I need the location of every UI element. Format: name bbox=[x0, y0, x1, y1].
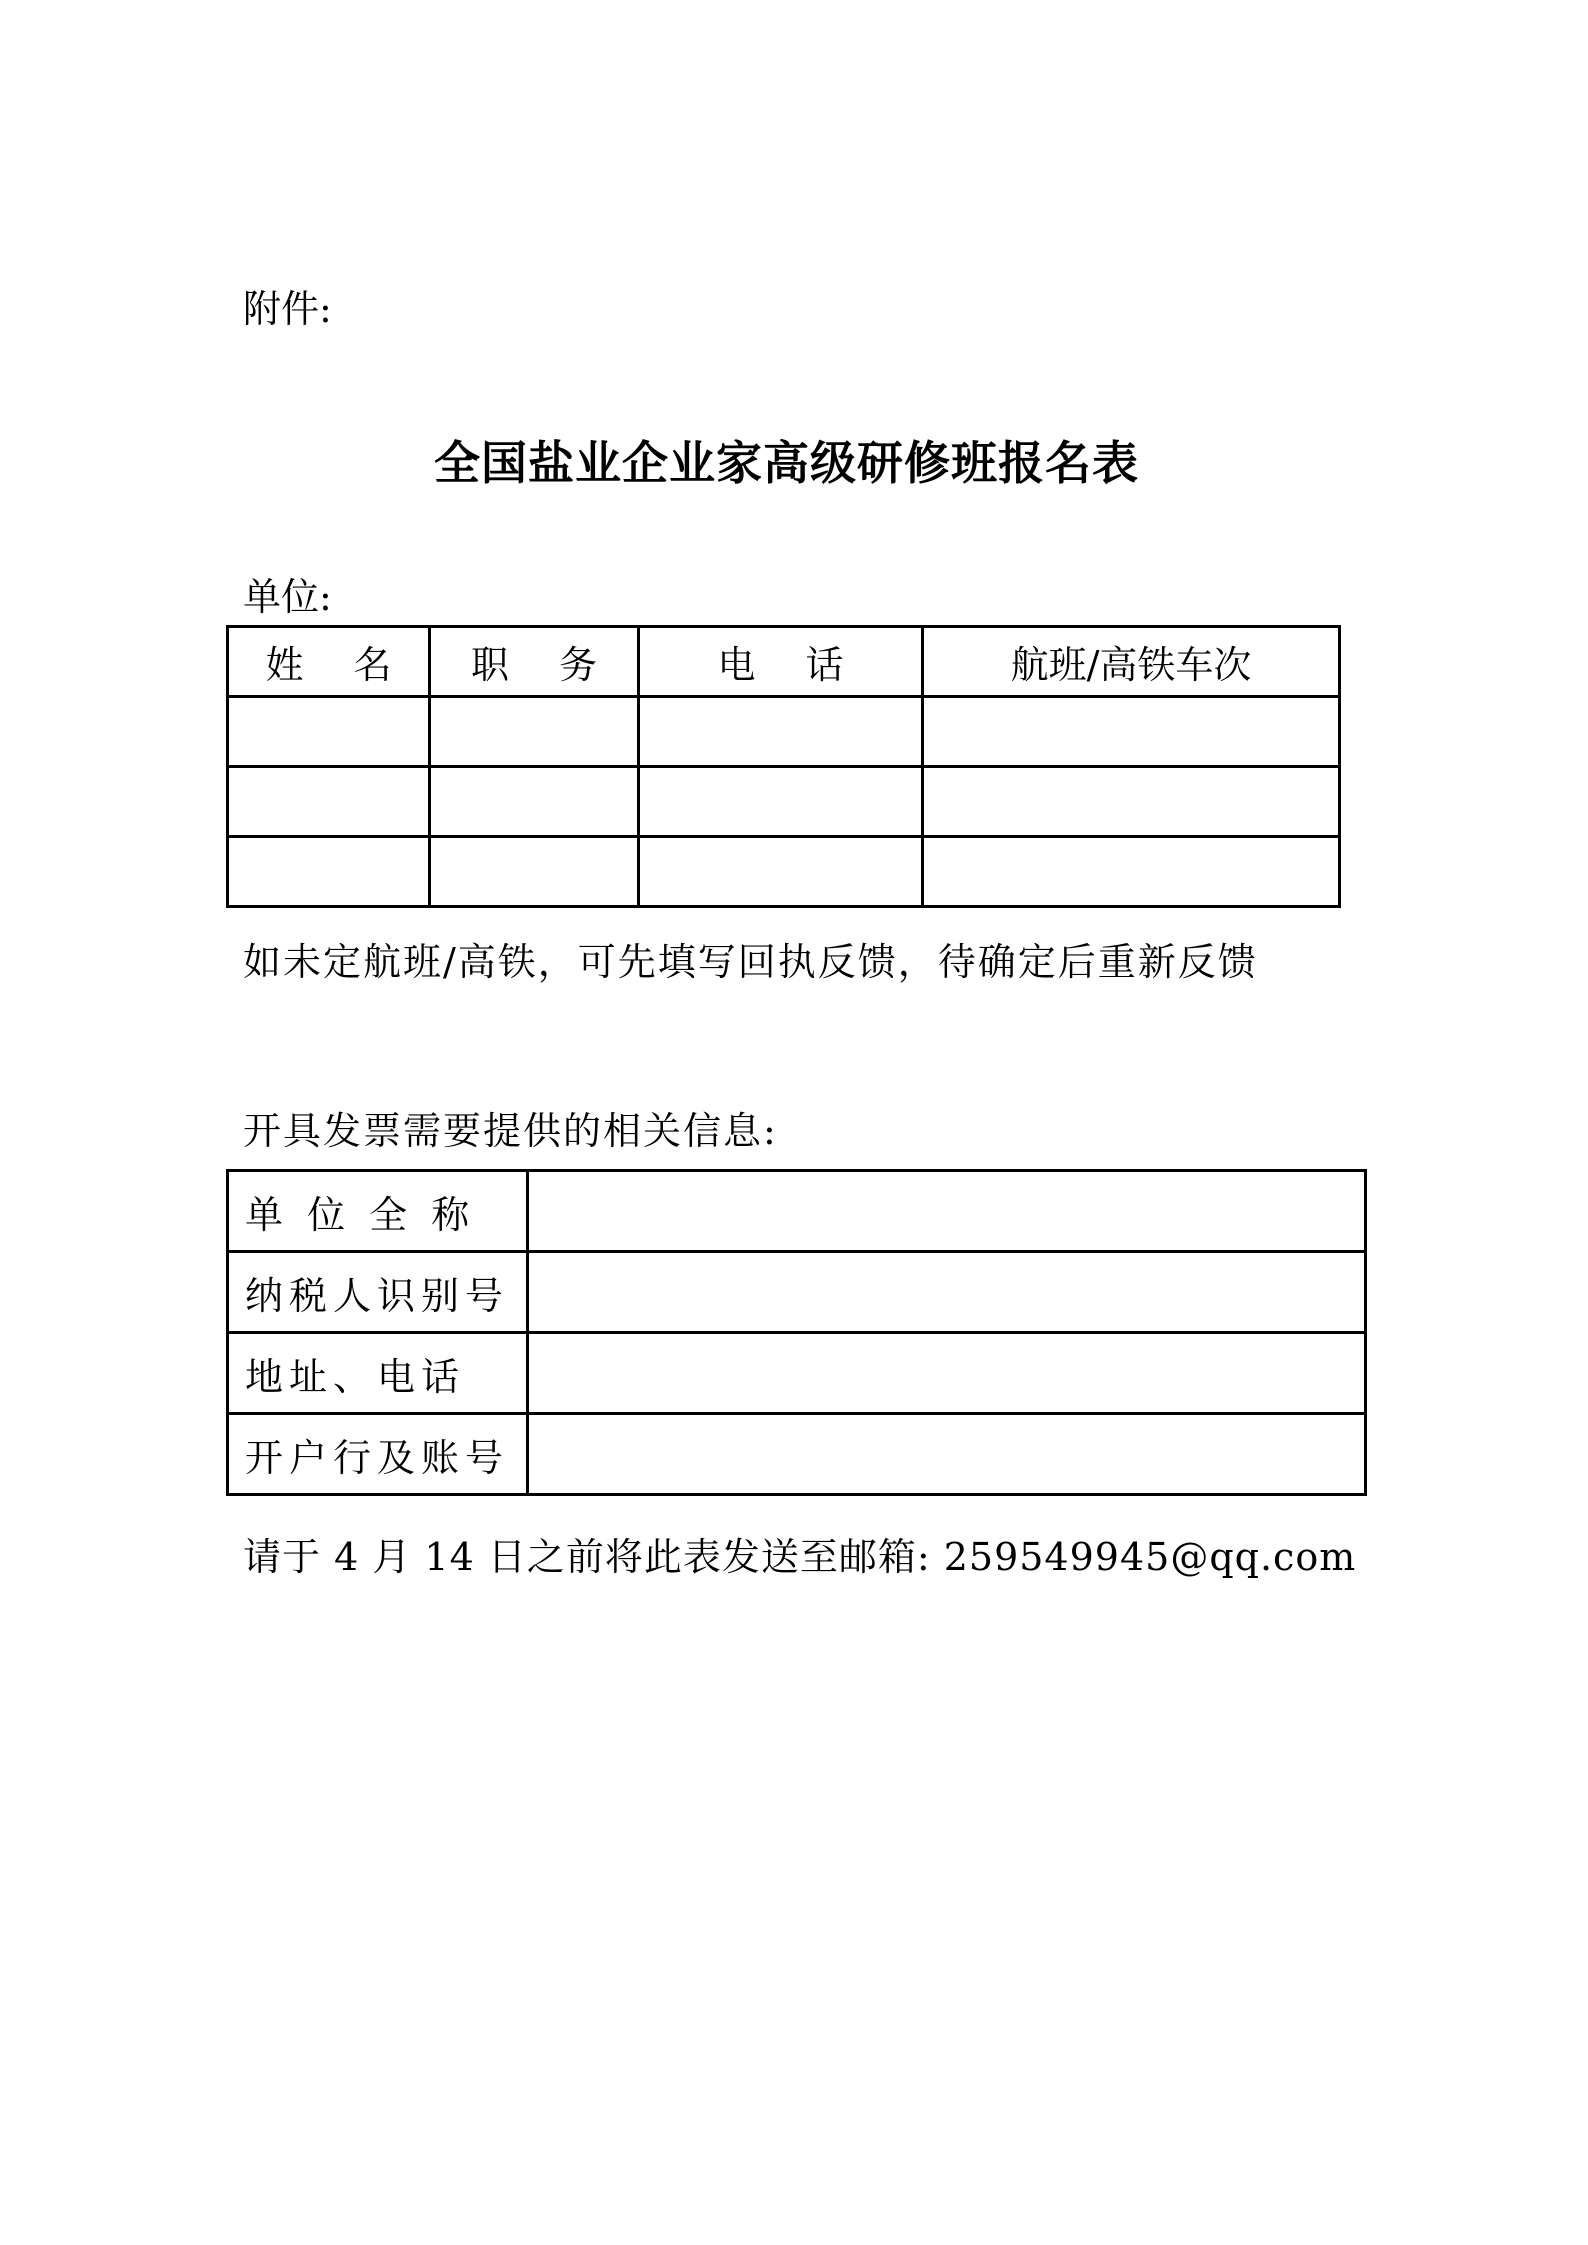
phone-cell[interactable] bbox=[639, 697, 923, 767]
attachment-label: 附件: bbox=[243, 290, 332, 328]
table-row bbox=[228, 697, 1340, 767]
invoice-section-title: 开具发票需要提供的相关信息: bbox=[243, 1112, 778, 1150]
header-flight-train: 航班/高铁车次 bbox=[923, 627, 1340, 697]
taxpayer-id-field[interactable] bbox=[528, 1252, 1366, 1333]
table-row: 纳税人识别号 bbox=[228, 1252, 1366, 1333]
registration-table: 姓名 职务 电话 航班/高铁车次 bbox=[226, 625, 1341, 908]
phone-cell[interactable] bbox=[639, 767, 923, 837]
invoice-table: 单 位 全 称 纳税人识别号 地址、电话 开户行及账号 bbox=[226, 1169, 1367, 1496]
table-row bbox=[228, 767, 1340, 837]
flight-train-cell[interactable] bbox=[923, 837, 1340, 907]
header-position: 职务 bbox=[430, 627, 639, 697]
table-row: 地址、电话 bbox=[228, 1333, 1366, 1414]
header-name: 姓名 bbox=[228, 627, 430, 697]
table-header-row: 姓名 职务 电话 航班/高铁车次 bbox=[228, 627, 1340, 697]
flight-note: 如未定航班/高铁，可先填写回执反馈，待确定后重新反馈 bbox=[243, 943, 1258, 981]
phone-cell[interactable] bbox=[639, 837, 923, 907]
position-cell[interactable] bbox=[430, 697, 639, 767]
table-row: 单 位 全 称 bbox=[228, 1171, 1366, 1252]
bank-account-label: 开户行及账号 bbox=[228, 1414, 528, 1495]
position-cell[interactable] bbox=[430, 767, 639, 837]
deadline-note: 请于 4 月 14 日之前将此表发送至邮箱: 259549945@qq.com bbox=[243, 1538, 1356, 1576]
flight-train-cell[interactable] bbox=[923, 767, 1340, 837]
taxpayer-id-label: 纳税人识别号 bbox=[228, 1252, 528, 1333]
header-phone: 电话 bbox=[639, 627, 923, 697]
table-row: 开户行及账号 bbox=[228, 1414, 1366, 1495]
name-cell[interactable] bbox=[228, 837, 430, 907]
company-full-name-field[interactable] bbox=[528, 1171, 1366, 1252]
unit-label: 单位: bbox=[243, 578, 332, 616]
name-cell[interactable] bbox=[228, 767, 430, 837]
page-title: 全国盐业企业家高级研修班报名表 bbox=[434, 427, 1139, 493]
table-row bbox=[228, 837, 1340, 907]
address-phone-field[interactable] bbox=[528, 1333, 1366, 1414]
position-cell[interactable] bbox=[430, 837, 639, 907]
name-cell[interactable] bbox=[228, 697, 430, 767]
company-full-name-label: 单 位 全 称 bbox=[228, 1171, 528, 1252]
flight-train-cell[interactable] bbox=[923, 697, 1340, 767]
bank-account-field[interactable] bbox=[528, 1414, 1366, 1495]
address-phone-label: 地址、电话 bbox=[228, 1333, 528, 1414]
